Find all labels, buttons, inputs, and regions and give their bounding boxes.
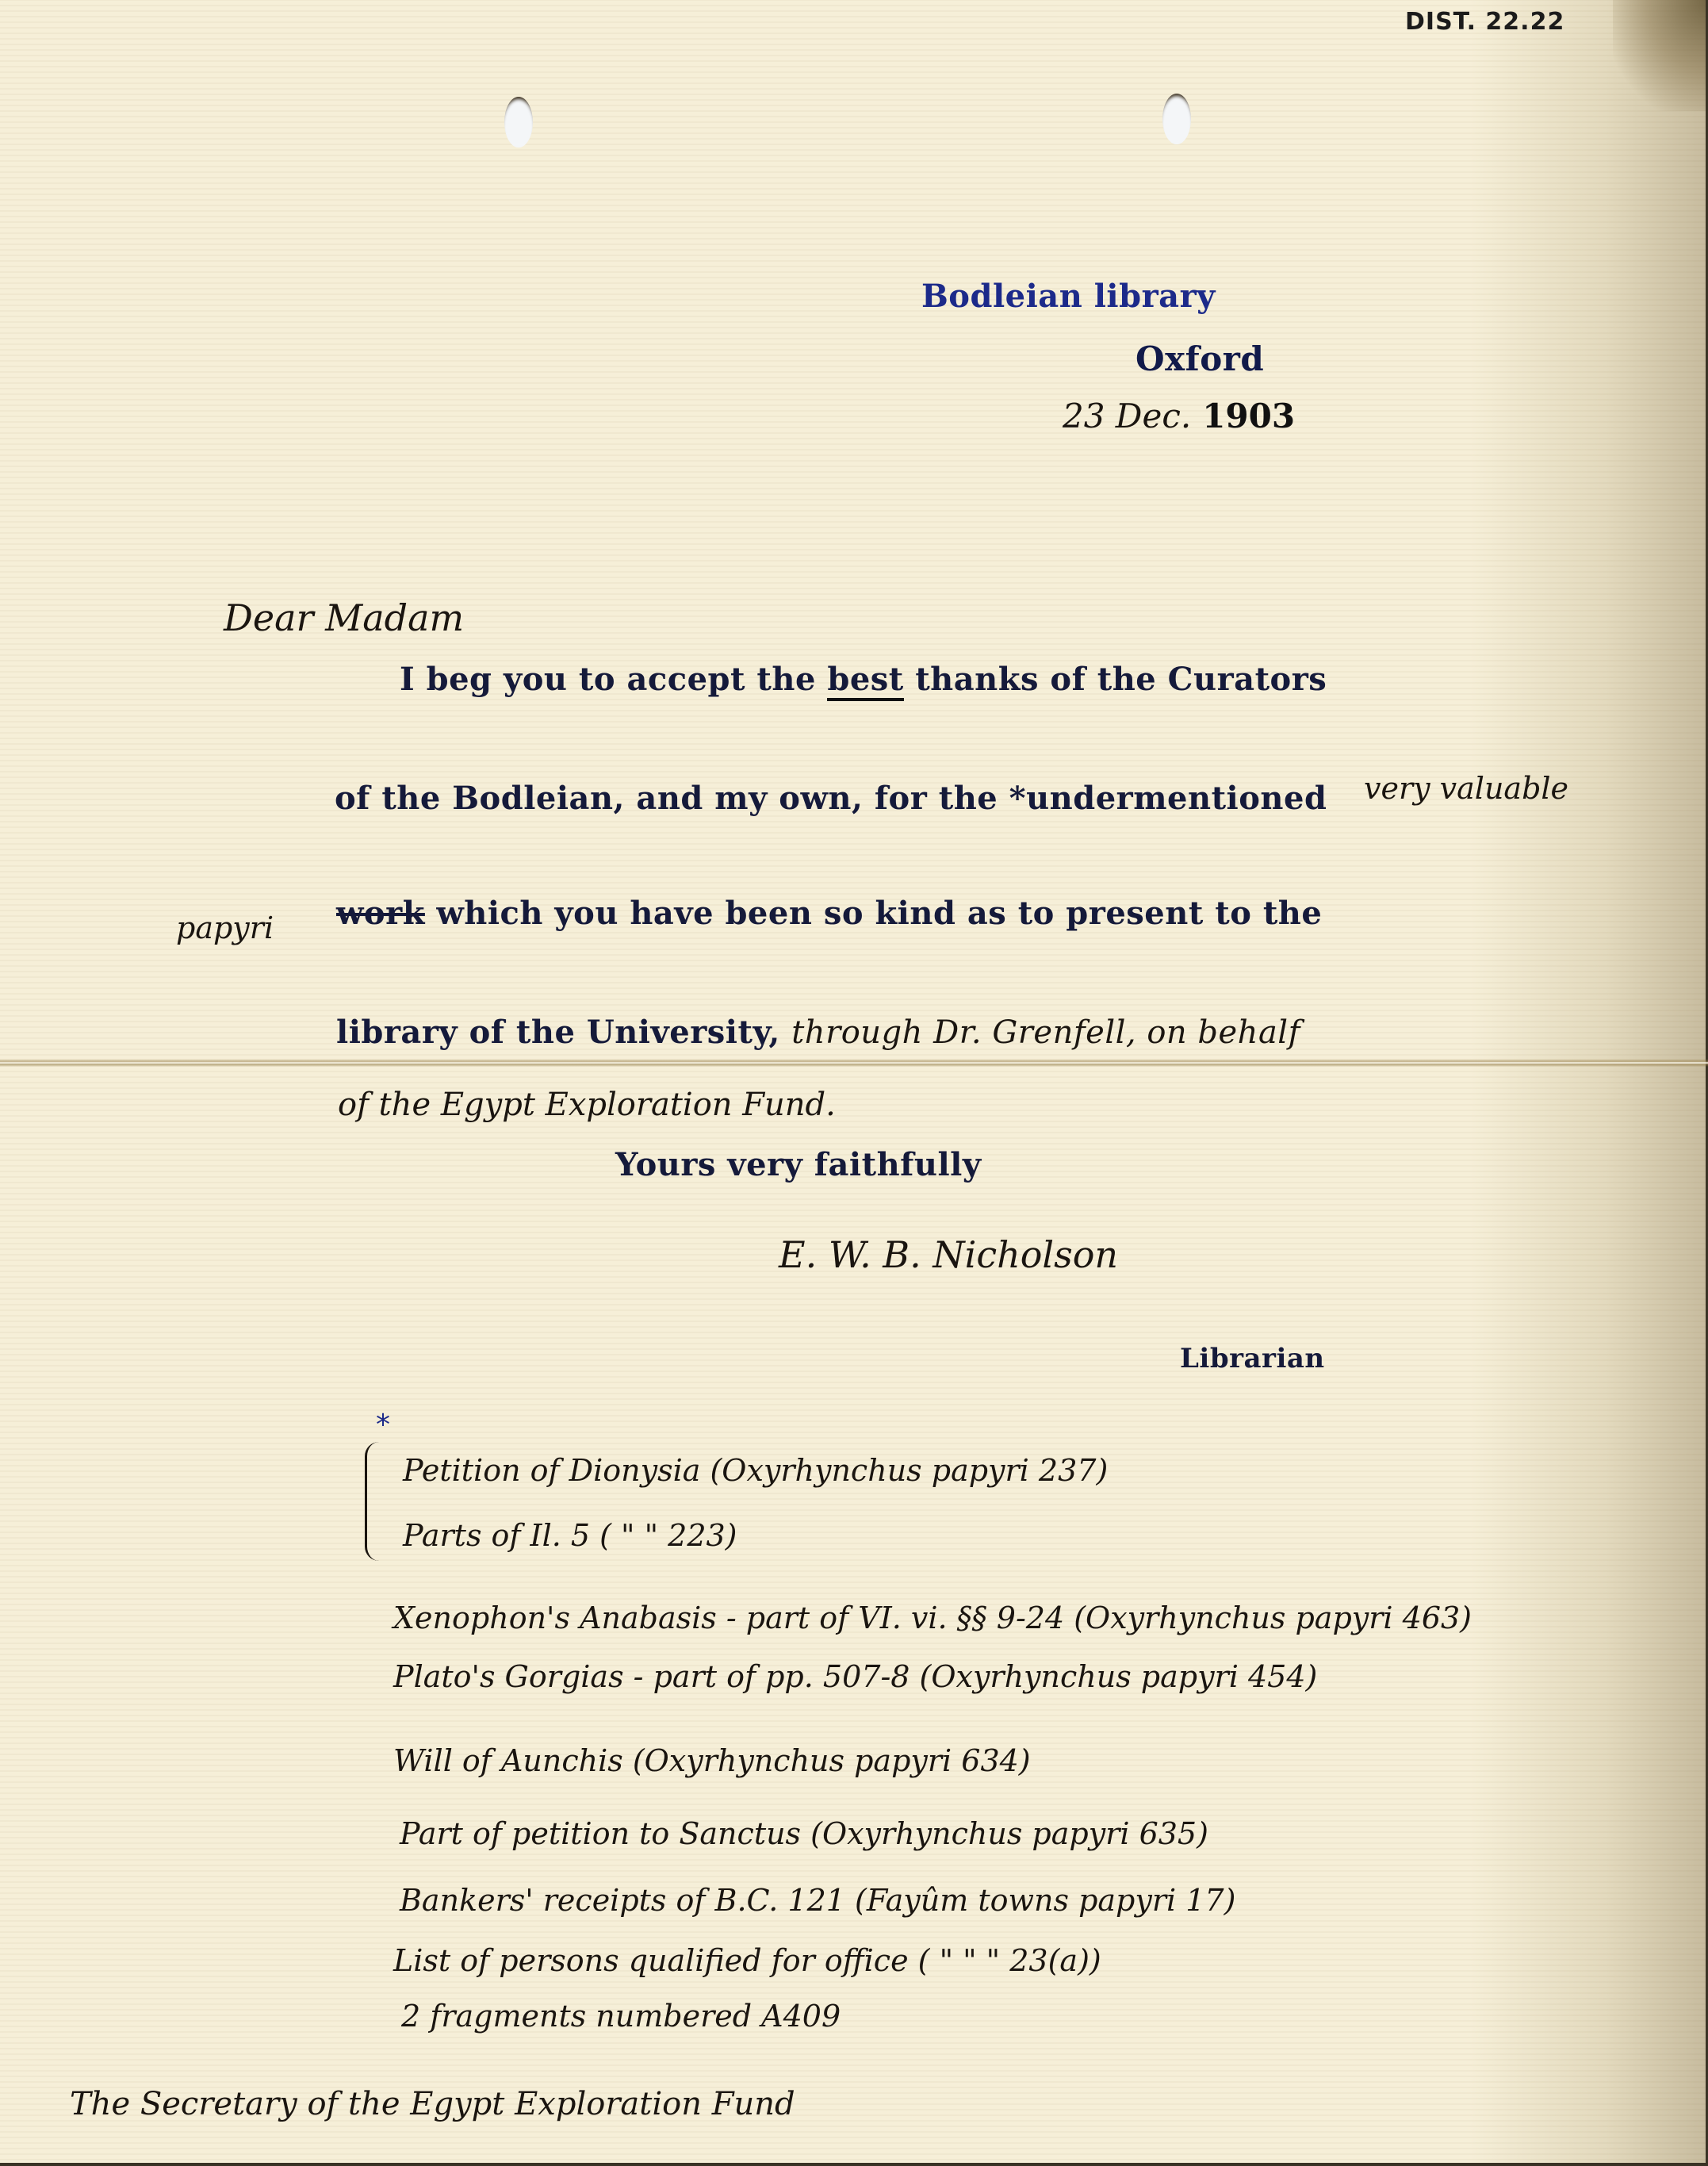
- body-line-5: of the Egypt Exploration Fund.: [338, 1087, 836, 1123]
- list-item: Part of petition to Sanctus (Oxyrhynchus…: [400, 1816, 1208, 1851]
- grouping-brace: [365, 1442, 383, 1561]
- list-item: Xenophon's Anabasis - part of VI. vi. §§…: [393, 1601, 1472, 1635]
- body-line-1-start: I beg you to accept the: [400, 661, 827, 698]
- letter-date: 23 Dec.1903: [1063, 397, 1295, 436]
- list-item: Will of Aunchis (Oxyrhynchus papyri 634): [393, 1743, 1031, 1778]
- body-line-1: I beg you to accept the best thanks of t…: [400, 661, 1327, 698]
- body-line-4-printed: library of the University,: [336, 1014, 780, 1051]
- signatory-title: Librarian: [1180, 1343, 1325, 1374]
- list-item: Plato's Gorgias - part of pp. 507-8 (Oxy…: [393, 1659, 1317, 1694]
- list-item: 2 fragments numbered A409: [401, 1999, 841, 2034]
- signature: E. W. B. Nicholson: [779, 1233, 1118, 1276]
- paper-fold-crease: [0, 1059, 1708, 1067]
- body-line-4-handwritten: through Dr. Grenfell, on behalf: [791, 1014, 1300, 1051]
- corner-stain: [1613, 0, 1708, 111]
- addressee: The Secretary of the Egypt Exploration F…: [70, 2086, 795, 2122]
- margin-insert-papyri: papyri: [176, 910, 274, 945]
- body-line-1-end: thanks of the Curators: [904, 661, 1327, 698]
- salutation: Dear Madam: [224, 596, 464, 639]
- letterhead-institution: Bodleian library: [921, 278, 1216, 315]
- body-line-2: of the Bodleian, and my own, for the *un…: [335, 780, 1327, 817]
- closing: Yours very faithfully: [615, 1146, 982, 1183]
- letterhead-city: Oxford: [1135, 339, 1264, 378]
- insert-very-valuable: very valuable: [1364, 771, 1568, 806]
- archive-reference: DIST. 22.22: [1405, 8, 1564, 36]
- list-item: Petition of Dionysia (Oxyrhynchus papyri…: [403, 1453, 1108, 1488]
- body-line-2-printed: of the Bodleian, and my own, for the *un…: [335, 780, 1327, 817]
- date-day-month: 23 Dec.: [1063, 397, 1191, 435]
- footnote-asterisk: *: [376, 1409, 390, 1441]
- date-year: 1903: [1202, 397, 1295, 435]
- list-item: Parts of Il. 5 ( " " 223): [403, 1518, 737, 1553]
- punch-hole-right: [1162, 94, 1191, 144]
- paper-bottom-edge: [0, 2163, 1708, 2166]
- body-line-3-printed: which you have been so kind as to presen…: [425, 895, 1322, 932]
- body-line-4: library of the University, through Dr. G…: [336, 1014, 1300, 1051]
- underlined-best: best: [827, 661, 903, 701]
- punch-hole-left: [504, 97, 533, 148]
- body-line-3: work which you have been so kind as to p…: [336, 895, 1322, 932]
- struck-word-work: work: [336, 895, 425, 932]
- list-item: List of persons qualified for office ( "…: [393, 1943, 1101, 1978]
- list-item: Bankers' receipts of B.C. 121 (Fayûm tow…: [400, 1883, 1235, 1918]
